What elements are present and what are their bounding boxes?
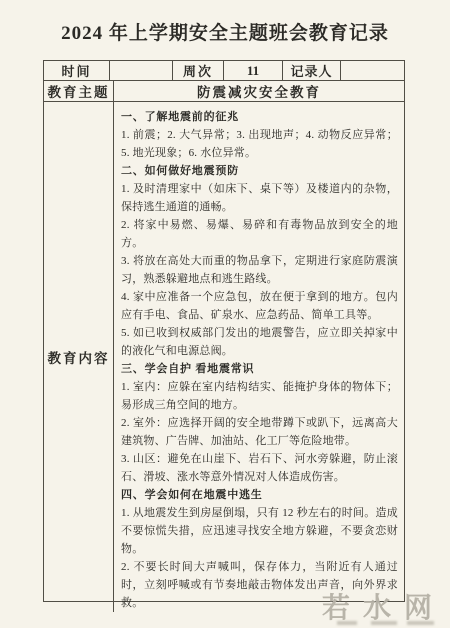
theme-label: 教育主题 xyxy=(44,81,114,101)
recorder-label: 记录人 xyxy=(283,61,341,80)
week-value: 11 xyxy=(224,61,283,80)
content-paragraph: 1. 及时清理家中（如床下、桌下等）及楼道内的杂物，保持逃生通道的通畅。 xyxy=(121,180,398,216)
record-table: 时间 周次 11 记录人 教育主题 防震减灾安全教育 教育内容 一、了解地震前的… xyxy=(43,60,405,602)
content-paragraph: 4. 家中应准备一个应急包，放在便于拿到的地方。包内应有手电、食品、矿泉水、应急… xyxy=(121,288,398,324)
content-paragraph: 3. 山区：避免在山崖下、岩石下、河水旁躲避，防止滚石、滑坡、涨水等意外情况对人… xyxy=(121,450,398,486)
watermark-subtext-smudge xyxy=(407,621,434,625)
watermark-subtext-smudge xyxy=(337,621,357,625)
theme-row: 教育主题 防震减灾安全教育 xyxy=(44,81,404,102)
watermark-text: 若水网 xyxy=(322,586,445,626)
time-value xyxy=(110,61,173,80)
content-paragraph: 2. 室外：应选择开阔的安全地带蹲下或趴下，远离高大建筑物、广告牌、加油站、化工… xyxy=(121,414,398,450)
content-paragraph: 5. 如已收到权威部门发出的地震警告，应立即关掉家中的液化气和电源总阀。 xyxy=(121,324,398,360)
content-paragraph: 三、学会自护 看地震常识 xyxy=(121,360,398,378)
theme-value: 防震减灾安全教育 xyxy=(114,81,404,101)
page-title: 2024 年上学期安全主题班会教育记录 xyxy=(0,18,450,45)
content-paragraph: 二、如何做好地震预防 xyxy=(121,162,398,180)
recorder-value xyxy=(341,61,404,80)
content-paragraph: 1. 从地震发生到房屋倒塌，只有 12 秒左右的时间。造成不要惊慌失措，应迅速寻… xyxy=(121,504,398,558)
content-row: 教育内容 一、了解地震前的征兆 1. 前震；2. 大气异常；3. 出现地声；4.… xyxy=(44,102,404,612)
week-label: 周次 xyxy=(173,61,224,80)
header-row: 时间 周次 11 记录人 xyxy=(44,61,404,81)
content-paragraph: 四、学会如何在地震中逃生 xyxy=(121,486,398,504)
time-label: 时间 xyxy=(44,61,110,80)
content-paragraph: 1. 室内：应躲在室内结构结实、能掩护身体的物体下；易形成三角空间的地方。 xyxy=(121,378,398,414)
content-paragraph: 2. 将家中易燃、易爆、易碎和有毒物品放到安全的地方。 xyxy=(121,216,398,252)
content-label: 教育内容 xyxy=(44,102,114,612)
content-paragraph: 3. 将放在高处大而重的物品拿下，定期进行家庭防震演习，熟悉躲避地点和逃生路线。 xyxy=(121,252,398,288)
content-body: 一、了解地震前的征兆 1. 前震；2. 大气异常；3. 出现地声；4. 动物反应… xyxy=(114,102,404,612)
watermark-subtext-smudge xyxy=(371,621,397,625)
content-paragraph: 一、了解地震前的征兆 xyxy=(121,108,398,126)
content-paragraph: 1. 前震；2. 大气异常；3. 出现地声；4. 动物反应异常；5. 地光现象；… xyxy=(121,126,398,162)
